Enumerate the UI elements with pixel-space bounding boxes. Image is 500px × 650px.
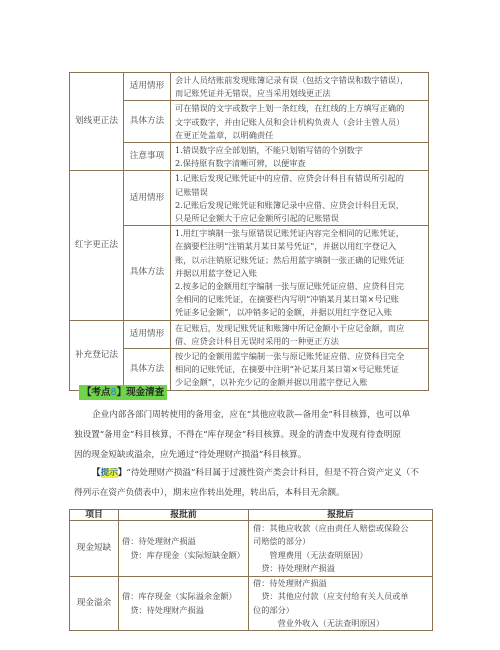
- paragraph-line: 因的现金短缺或溢余，应先通过“待处理财产损溢”科目核算。: [74, 445, 434, 465]
- content-line: 记账错误: [175, 186, 424, 199]
- content-line: 借、应贷会计科目无误时采用的一种更正方法: [175, 335, 424, 348]
- item-cell: 现金溢余: [70, 577, 119, 631]
- entry-line: 贷：库存现金（实际短缺金额）: [122, 549, 248, 562]
- hint-bracket-open: 【: [92, 468, 101, 478]
- after-cell: 借：待处理财产损溢 贷：其他应付款（应支付给有关人员或单 位的部分） 营业外收入…: [249, 577, 433, 631]
- row-content: 1.记账后发现记账凭证中的应借、应贷会计科目有错误所引起的 记账错误 2.记账后…: [171, 171, 429, 226]
- row-content: 可在错误的文字或数字上划一条红线，在红线的上方填写正确的 文字或数字，并由记账人…: [171, 101, 429, 143]
- content-line: 按少记的金额用蓝字编制一张与原记账凭证应借、应贷科目完全: [175, 350, 424, 363]
- row-content: 1.用红字填制一张与原错误记账凭证内容完全相同的记账凭证， 在摘要栏注明“注销某…: [171, 226, 429, 320]
- entry-line: 营业外收入（无法查明原因）: [253, 617, 432, 630]
- content-line: 而记账凭证并无错误，应当采用划线更正法: [175, 87, 424, 100]
- table-row: 补充登记法 适用情形 在记账后，发现记账凭证和账簿中所记金额小于应记金额，而应 …: [70, 320, 429, 348]
- content-line: 1.用红字填制一张与原错误记账凭证内容完全相同的记账凭证，: [175, 227, 424, 240]
- after-cell: 借：其他应收款（应由责任人赔偿或保险公 司赔偿的部分） 管理费用（无法查明原因）…: [249, 521, 433, 577]
- entry-line: 贷：其他应付款（应支付给有关人员或单: [253, 590, 432, 603]
- entry-line: 借：其他应收款（应由责任人赔偿或保险公: [253, 522, 432, 535]
- table-row: 划线更正法 适用情形 会计人员结账前发现账簿记录有误（包括文字错误和数字错误），…: [70, 73, 429, 101]
- content-line: 1.记账后发现记账凭证中的应借、应贷会计科目有错误所引起的: [175, 172, 424, 185]
- table-row: 具体方法 可在错误的文字或数字上划一条红线，在红线的上方填写正确的 文字或数字，…: [70, 101, 429, 143]
- method-name: 红字更正法: [70, 171, 124, 320]
- cash-check-table: 项目 报批前 报批后 现金短缺 借：待处理财产损溢 贷：库存现金（实际短缺金额）…: [69, 509, 433, 631]
- row-content: 按少记的金额用蓝字编制一张与原记账凭证应借、应贷科目完全 相同的记账凭证，在摘要…: [171, 349, 429, 391]
- paragraph-line: 企业内部各部门周转使用的备用金，应在“其他应收款—备用金”科目核算，也可以单: [74, 405, 434, 425]
- entry-line: 借：库存现金（实际溢余金额）: [122, 590, 248, 603]
- row-label: 适用情形: [124, 320, 171, 348]
- content-line: 2.按多记的金额用红字编制一张与原记账凭证应借、应贷科目完: [175, 280, 424, 293]
- content-line: 在摘要栏注明“注销某月某日某号凭证”，并据以用红字登记入: [175, 240, 424, 253]
- method-name: 补充登记法: [70, 320, 124, 390]
- entry-line: 借：待处理财产损溢: [253, 577, 432, 590]
- section-title: 现金清查: [126, 387, 164, 398]
- content-line: 全相同的记账凭证，在摘要栏内写明“冲销某月某日第×号记账: [175, 293, 424, 306]
- table-row: 具体方法 按少记的金额用蓝字编制一张与原记账凭证应借、应贷科目完全 相同的记账凭…: [70, 349, 429, 391]
- row-content: 1.错误数字应全部划销，不能只划销写错的个别数字 2.保持原有数字清晰可辨，以便…: [171, 143, 429, 171]
- entry-line: 管理费用（无法查明原因）: [253, 549, 432, 562]
- content-line: 文字或数字，并由记账人员和会计机构负责人（会计主管人员）: [175, 116, 424, 129]
- content-line: 在记账后，发现记账凭证和账簿中所记金额小于应记金额，而应: [175, 322, 424, 335]
- entry-line: 位的部分）: [253, 604, 432, 617]
- hint-label: 提示: [101, 468, 118, 478]
- content-line: 并据以用蓝字登记入账: [175, 267, 424, 280]
- error-correction-table: 划线更正法 适用情形 会计人员结账前发现账簿记录有误（包括文字错误和数字错误），…: [69, 72, 429, 391]
- hint-paragraph: 【提示】“待处理财产损溢”科目属于过渡性资产类会计科目，但是不符合资产定义（不 …: [74, 463, 434, 503]
- entry-line: 借：待处理财产损溢: [122, 535, 248, 548]
- row-label: 具体方法: [124, 101, 171, 143]
- content-line: 相同的记账凭证，在摘要中注明“补记某月某日第×号记账凭证: [175, 363, 424, 376]
- body-paragraph: 企业内部各部门周转使用的备用金，应在“其他应收款—备用金”科目核算，也可以单 独…: [74, 405, 434, 465]
- table-row: 注意事项 1.错误数字应全部划销，不能只划销写错的个别数字 2.保持原有数字清晰…: [70, 143, 429, 171]
- method-name: 划线更正法: [70, 73, 124, 171]
- content-line: 会计人员结账前发现账簿记录有误（包括文字错误和数字错误），: [175, 74, 424, 87]
- section-bracket-open: 【考点: [82, 387, 111, 398]
- row-label: 具体方法: [124, 226, 171, 320]
- before-cell: 借：待处理财产损溢 贷：库存现金（实际短缺金额）: [119, 521, 249, 577]
- row-content: 会计人员结账前发现账簿记录有误（包括文字错误和数字错误）， 而记账凭证并无错误，…: [171, 73, 429, 101]
- content-line: 只是所记金额大于应记金额所引起的记账错误: [175, 212, 424, 225]
- content-line: 少记金额”，以补充少记的金额并据以用蓝字登记入账: [175, 376, 424, 389]
- hint-text: “待处理财产损溢”科目属于过渡性资产类会计科目，但是不符合资产定义（不: [126, 468, 418, 478]
- column-header: 报批后: [249, 510, 433, 521]
- table-row: 现金短缺 借：待处理财产损溢 贷：库存现金（实际短缺金额） 借：其他应收款（应由…: [70, 521, 433, 577]
- section-heading: 【考点8】现金清查: [79, 385, 167, 400]
- item-cell: 现金短缺: [70, 521, 119, 577]
- content-line: 1.错误数字应全部划销，不能只划销写错的个别数字: [175, 144, 424, 157]
- table-row: 现金溢余 借：库存现金（实际溢余金额） 贷：待处理财产损溢 借：待处理财产损溢 …: [70, 577, 433, 631]
- row-content: 在记账后，发现记账凭证和账簿中所记金额小于应记金额，而应 借、应贷会计科目无误时…: [171, 320, 429, 348]
- table-header-row: 项目 报批前 报批后: [70, 510, 433, 521]
- paragraph-line: 独设置“备用金”科目核算，不得在“库存现金”科目核算。现金的清查中发现有待查明原: [74, 425, 434, 445]
- before-cell: 借：库存现金（实际溢余金额） 贷：待处理财产损溢: [119, 577, 249, 631]
- row-label: 注意事项: [124, 143, 171, 171]
- content-line: 2.保持原有数字清晰可辨，以便审查: [175, 157, 424, 170]
- table-row: 红字更正法 适用情形 1.记账后发现记账凭证中的应借、应贷会计科目有错误所引起的…: [70, 171, 429, 226]
- content-line: 可在错误的文字或数字上划一条红线，在红线的上方填写正确的: [175, 102, 424, 115]
- hint-text: 得列示在资产负债表中），期末应作转出处理，转出后，本科目无余额。: [74, 483, 434, 503]
- content-line: 在更正处盖章，以明确责任: [175, 129, 424, 142]
- entry-line: 司赔偿的部分）: [253, 535, 432, 548]
- row-label: 具体方法: [124, 349, 171, 391]
- column-header: 项目: [70, 510, 119, 521]
- table-row: 具体方法 1.用红字填制一张与原错误记账凭证内容完全相同的记账凭证， 在摘要栏注…: [70, 226, 429, 320]
- content-line: 凭证多记金额”，以冲销多记的金额，并据以用红字登记入账: [175, 306, 424, 319]
- entry-line: 贷：待处理财产损溢: [122, 604, 248, 617]
- column-header: 报批前: [119, 510, 249, 521]
- row-label: 适用情形: [124, 171, 171, 226]
- content-line: 账，以示注销原记账凭证；然后用蓝字填制一张正确的记账凭证: [175, 254, 424, 267]
- entry-line: 贷：待处理财产损溢: [253, 562, 432, 575]
- row-label: 适用情形: [124, 73, 171, 101]
- section-bracket-close: 】: [117, 387, 127, 398]
- content-line: 2.记账后发现记账凭证和账簿记录中应借、应贷会计科目无误，: [175, 199, 424, 212]
